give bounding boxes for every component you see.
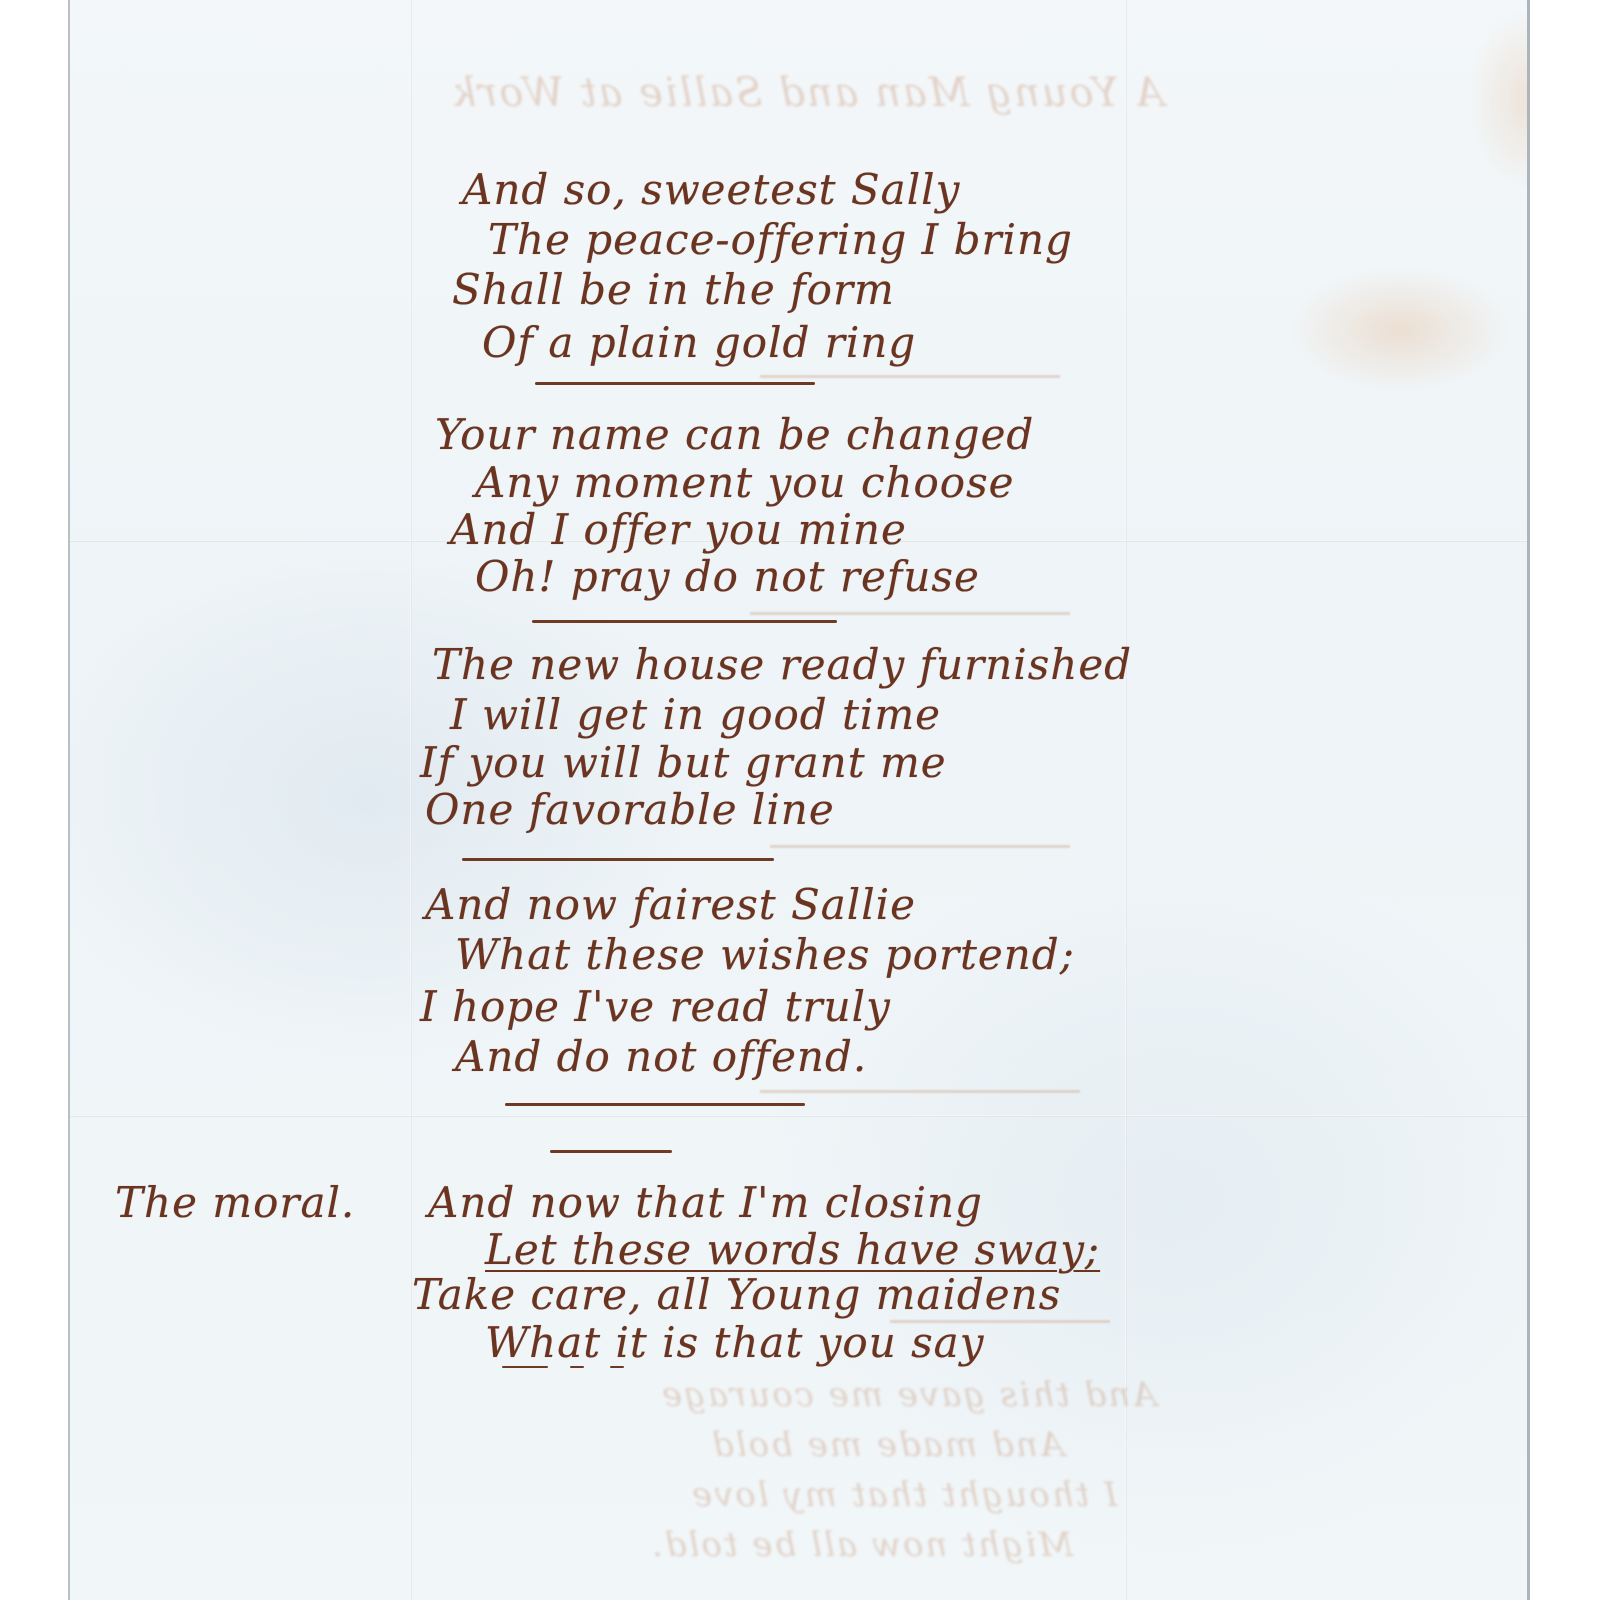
stanza-divider	[505, 1103, 805, 1106]
stanza-divider	[462, 858, 774, 861]
fold-crease	[70, 1115, 1527, 1117]
bleed-through-rule	[760, 1090, 1080, 1093]
stanza-2-line-1: Your name can be changed	[435, 410, 1034, 459]
stanza-5-line-2: Let these words have sway;	[485, 1225, 1100, 1274]
stanza-2-line-2: Any moment you choose	[475, 458, 1015, 507]
fold-crease	[410, 0, 412, 1600]
moral-label: The moral.	[115, 1178, 355, 1227]
stanza-divider	[550, 1150, 672, 1153]
emphasis-underline	[502, 1366, 548, 1368]
stanza-3-line-4: One favorable line	[425, 785, 835, 834]
stanza-4-line-3: I hope I've read truly	[420, 982, 891, 1031]
stanza-3-line-3: If you will but grant me	[420, 738, 947, 787]
emphasis-underline	[570, 1366, 584, 1368]
stanza-5-line-1: And now that I'm closing	[428, 1178, 983, 1227]
fold-crease	[1125, 0, 1127, 1600]
stanza-divider	[535, 382, 815, 385]
stanza-1-line-1: And so, sweetest Sally	[462, 165, 960, 214]
bleed-through-text: And this gave me courage	[660, 1375, 1157, 1415]
stanza-3-line-2: I will get in good time	[450, 690, 941, 739]
stanza-4-line-4: And do not offend.	[455, 1032, 867, 1081]
bleed-through-rule	[770, 845, 1070, 848]
bleed-through-rule	[760, 375, 1060, 378]
stanza-1-line-3: Shall be in the form	[452, 265, 895, 314]
bleed-through-text: And made me bold	[710, 1425, 1064, 1465]
emphasis-underline	[610, 1366, 624, 1368]
stanza-2-line-3: And I offer you mine	[450, 505, 907, 554]
stanza-5-line-4: What it is that you say	[485, 1318, 984, 1367]
stanza-1-line-4: Of a plain gold ring	[482, 318, 916, 367]
bleed-through-text: Might now all be told.	[650, 1525, 1073, 1565]
bleed-through-text: A Young Man and Sallie at Work	[450, 70, 1164, 116]
stanza-1-line-2: The peace-offering I bring	[488, 215, 1073, 264]
bleed-through-text: I thought that my love	[690, 1475, 1118, 1515]
stanza-2-line-4: Oh! pray do not refuse	[475, 552, 980, 601]
bleed-through-rule	[750, 612, 1070, 615]
stanza-4-line-2: What these wishes portend;	[455, 930, 1075, 979]
stanza-divider	[532, 620, 837, 623]
letter-page: A Young Man and Sallie at Work And this …	[68, 0, 1530, 1600]
stanza-5-line-3: Take care, all Young maidens	[412, 1270, 1061, 1319]
stanza-4-line-1: And now fairest Sallie	[425, 880, 916, 929]
stanza-3-line-1: The new house ready furnished	[432, 640, 1132, 689]
